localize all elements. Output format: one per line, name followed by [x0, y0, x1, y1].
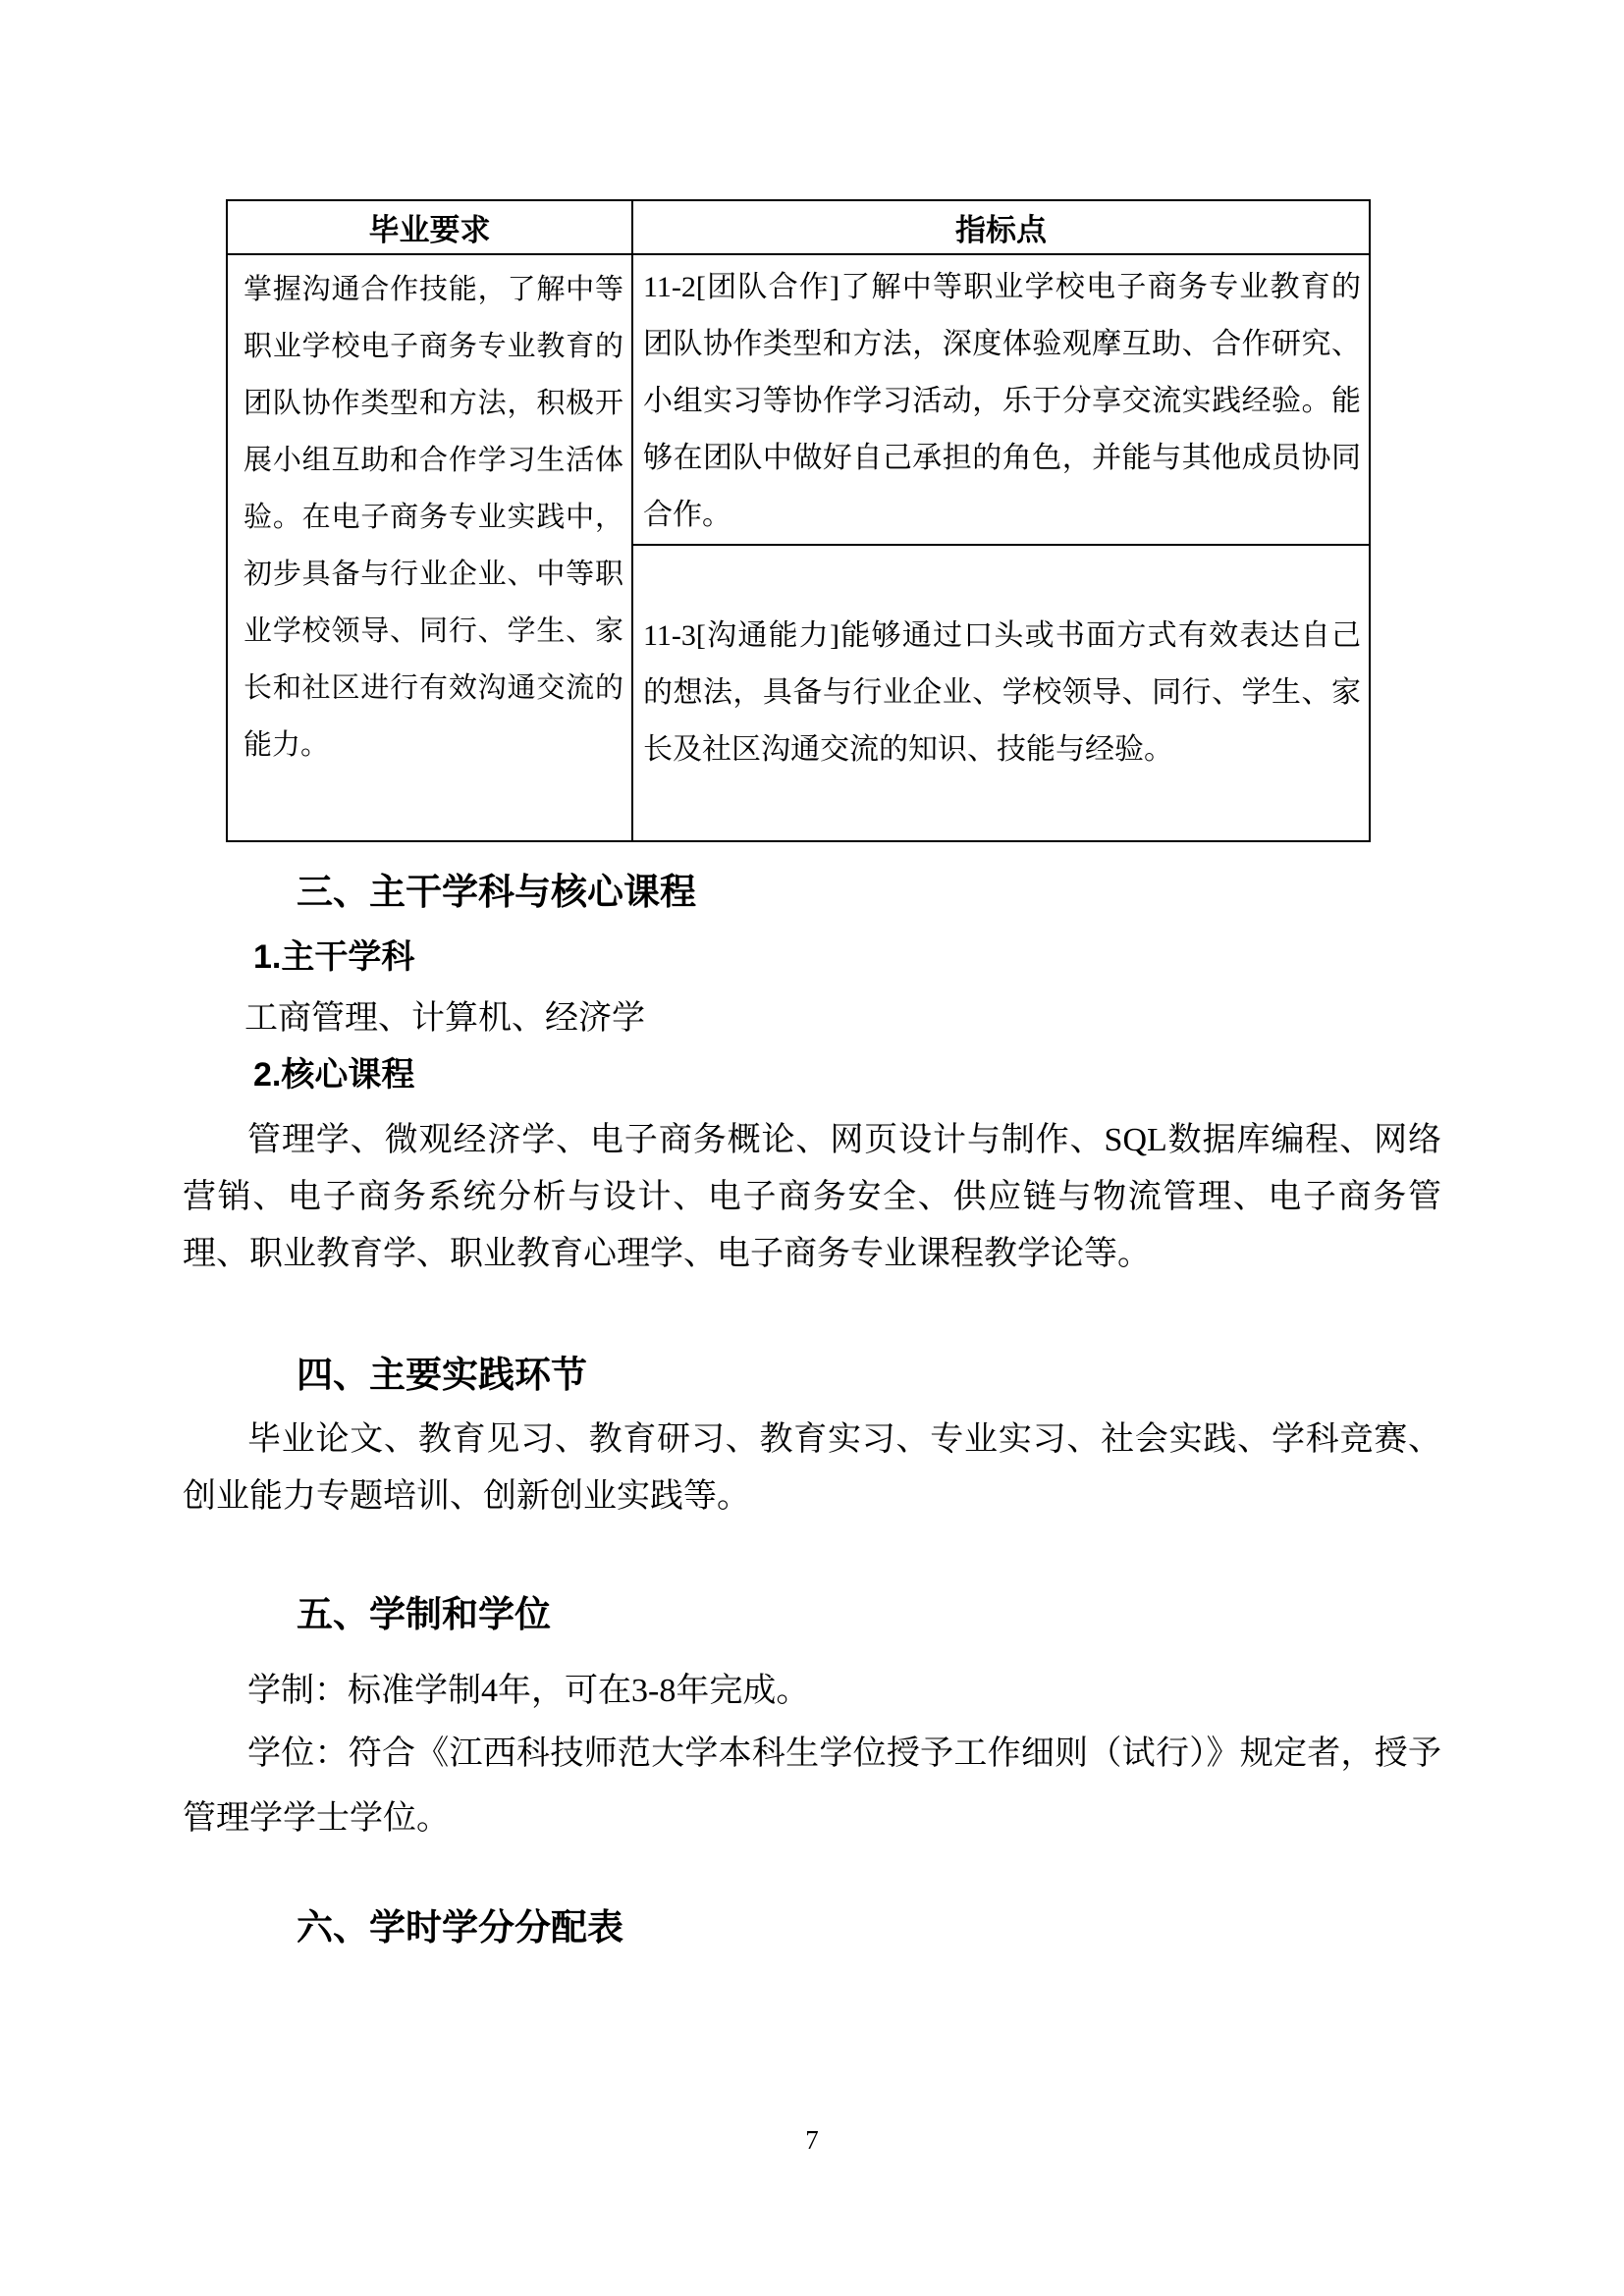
requirement-cell: 掌握沟通合作技能，了解中等职业学校电子商务专业教育的团队协作类型和方法，积极开展… [227, 254, 632, 841]
table-header-row: 毕业要求 指标点 [227, 200, 1370, 254]
table-header-requirement: 毕业要求 [227, 200, 632, 254]
page-number: 7 [0, 2126, 1624, 2156]
section-heading-credit-allocation-table: 六、学时学分分配表 [297, 1905, 623, 1950]
section-heading-practice: 四、主要实践环节 [297, 1353, 587, 1398]
duration-paragraph: 学制：标准学制4年，可在3-8年完成。 [183, 1663, 1441, 1720]
degree-paragraph: 学位：符合《江西科技师范大学本科生学位授予工作细则（试行）》规定者，授予管理学学… [183, 1722, 1441, 1851]
main-disciplines-text: 工商管理、计算机、经济学 [244, 999, 645, 1040]
document-page: 毕业要求 指标点 掌握沟通合作技能，了解中等职业学校电子商务专业教育的团队协作类… [0, 0, 1624, 2296]
section-heading-duration-degree: 五、学制和学位 [297, 1592, 551, 1637]
table-header-indicator: 指标点 [632, 200, 1370, 254]
indicator-cell-11-2: 11-2[团队合作]了解中等职业学校电子商务专业教育的团队协作类型和方法，深度体… [632, 254, 1370, 545]
table-row: 掌握沟通合作技能，了解中等职业学校电子商务专业教育的团队协作类型和方法，积极开展… [227, 254, 1370, 545]
subheading-main-disciplines: 1.主干学科 [253, 937, 414, 978]
indicator-cell-11-3: 11-3[沟通能力]能够通过口头或书面方式有效表达自己的想法，具备与行业企业、学… [632, 545, 1370, 841]
practice-paragraph: 毕业论文、教育见习、教育研习、教育实习、专业实习、社会实践、学科竞赛、创业能力专… [183, 1412, 1441, 1525]
core-courses-paragraph: 管理学、微观经济学、电子商务概论、网页设计与制作、SQL数据库编程、网络营销、电… [183, 1112, 1441, 1283]
graduation-requirements-table: 毕业要求 指标点 掌握沟通合作技能，了解中等职业学校电子商务专业教育的团队协作类… [226, 199, 1371, 842]
section-heading-main-disciplines-core-courses: 三、主干学科与核心课程 [297, 870, 696, 915]
subheading-core-courses: 2.核心课程 [253, 1055, 414, 1095]
